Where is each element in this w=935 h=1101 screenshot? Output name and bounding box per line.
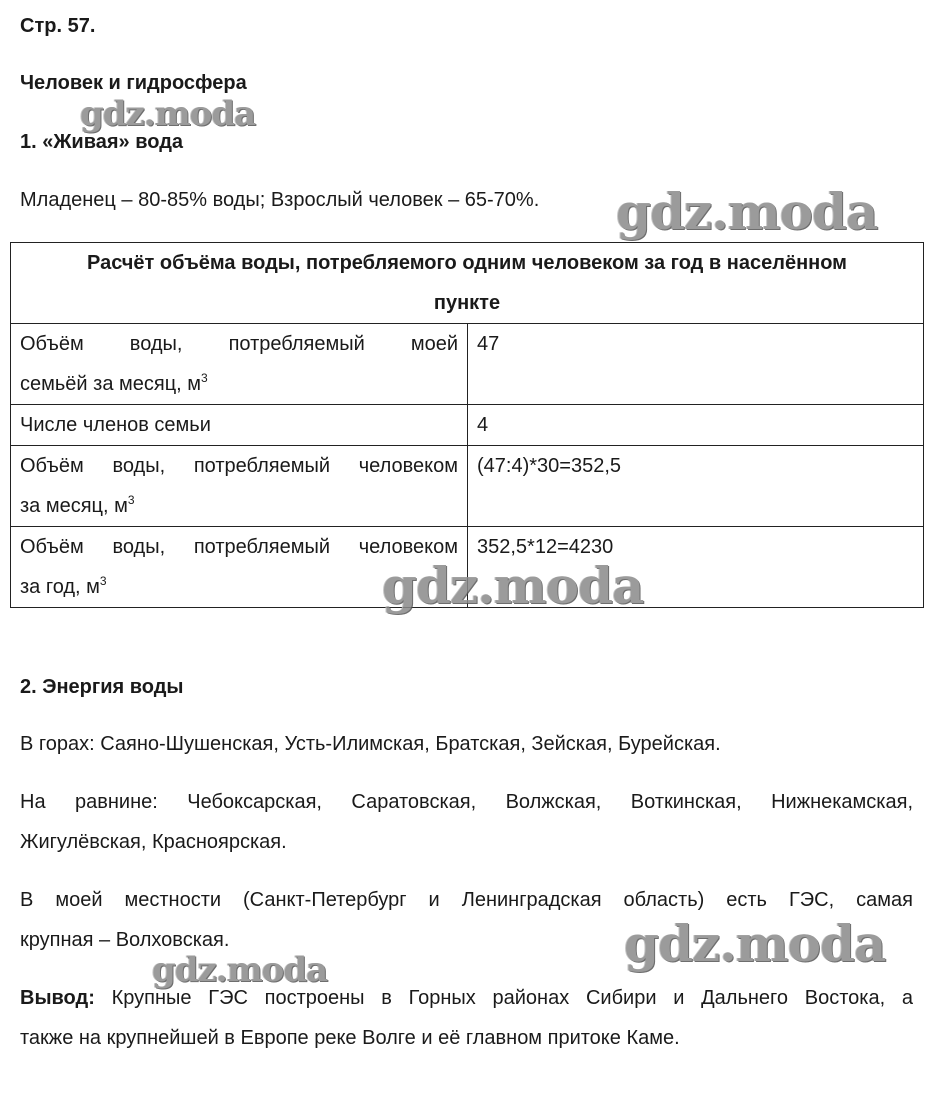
table-header: Расчёт объёма воды, потребляемого одним … <box>11 243 924 324</box>
conclusion: Вывод: Крупные ГЭС построены в Горных ра… <box>20 978 913 1058</box>
watermark: gdz.moda <box>382 556 643 615</box>
page-number: Стр. 57. <box>20 14 95 38</box>
row-label: Объём воды, потребляемый человеком за ме… <box>11 446 468 527</box>
row-value: 4 <box>468 405 924 446</box>
water-content-fact: Младенец – 80-85% воды; Взрослый человек… <box>20 188 539 212</box>
row-label: Объём воды, потребляемый моей семьёй за … <box>11 324 468 405</box>
table-row: Объём воды, потребляемый человеком за ме… <box>11 446 924 527</box>
section-2-title: 2. Энергия воды <box>20 675 184 699</box>
table-row: Объём воды, потребляемый моей семьёй за … <box>11 324 924 405</box>
conclusion-label: Вывод: <box>20 987 95 1009</box>
table-row: Числе членов семьи 4 <box>11 405 924 446</box>
mountain-hydro-plants: В горах: Саяно-Шушенская, Усть-Илимская,… <box>20 732 721 756</box>
watermark: gdz.moda <box>152 950 327 990</box>
watermark: gdz.moda <box>624 914 885 973</box>
row-value: (47:4)*30=352,5 <box>468 446 924 527</box>
watermark: gdz.moda <box>616 182 877 241</box>
row-value: 47 <box>468 324 924 405</box>
row-label: Числе членов семьи <box>11 405 468 446</box>
table-header-row: Расчёт объёма воды, потребляемого одним … <box>11 243 924 324</box>
water-calculation-table: Расчёт объёма воды, потребляемого одним … <box>10 242 924 608</box>
topic-title: Человек и гидросфера <box>20 71 247 95</box>
plain-hydro-plants: На равнине: Чебоксарская, Саратовская, В… <box>20 782 913 862</box>
watermark: gdz.moda <box>80 94 255 134</box>
